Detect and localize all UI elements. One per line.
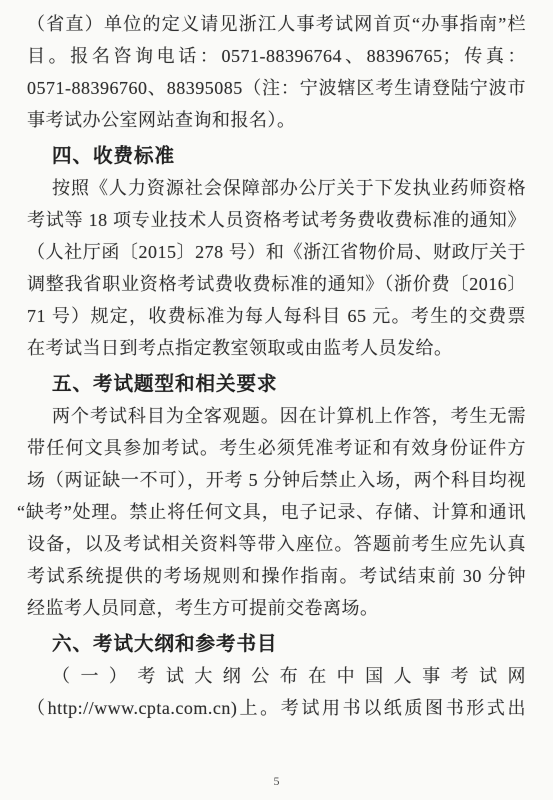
- text-line: 目。报名咨询电话：0571-88396764、88396765；传真：: [27, 40, 526, 72]
- paragraph-question-types: 两个考试科目为全客观题。因在计算机上作答，考生无需携 带任何文具参加考试。考生必…: [27, 400, 526, 624]
- text-line: 带任何文具参加考试。考生必须凭准考证和有效身份证件方可入: [27, 432, 526, 464]
- text-line: 0571-88396760、88395085（注：宁波辖区考生请登陆宁波市人: [27, 72, 526, 104]
- paragraph-syllabus: （一）考试大纲公布在中国人事考试网 （http://www.cpta.com.c…: [27, 660, 526, 724]
- text-line: 按照《人力资源社会保障部办公厅关于下发执业药师资格: [27, 172, 526, 204]
- text-line: 71 号）规定，收费标准为每人每科目 65 元。考生的交费票据，: [27, 300, 526, 332]
- text-line: （http://www.cpta.com.cn)上。考试用书以纸质图书形式出版，: [27, 692, 526, 724]
- page-number: 5: [0, 774, 553, 789]
- text-line: 设备，以及考试相关资料等带入座位。答题前考生应先认真阅读: [27, 528, 526, 560]
- text-line: 事考试办公室网站查询和报名）。: [27, 104, 526, 136]
- section-heading-syllabus: 六、考试大纲和参考书目: [27, 628, 526, 660]
- text-line: 调整我省职业资格考试费收费标准的通知》（浙价费〔2016〕: [27, 268, 526, 300]
- text-line: 经监考人员同意，考生方可提前交卷离场。: [27, 592, 526, 624]
- section-heading-question-types: 五、考试题型和相关要求: [27, 368, 526, 400]
- text-line: 在考试当日到考点指定教室领取或由监考人员发给。: [27, 332, 526, 364]
- section-heading-fees: 四、收费标准: [27, 140, 526, 172]
- text-line: 两个考试科目为全客观题。因在计算机上作答，考生无需携: [27, 400, 526, 432]
- text-line: 考试等 18 项专业技术人员资格考试考务费收费标准的通知》: [27, 204, 526, 236]
- text-line: 场（两证缺一不可），开考 5 分钟后禁止入场，两个科目均视作: [27, 464, 526, 496]
- document-page: （省直）单位的定义请见浙江人事考试网首页“办事指南”栏 目。报名咨询电话：057…: [0, 0, 553, 800]
- text-line: （一）考试大纲公布在中国人事考试网: [27, 660, 526, 692]
- text-line: （人社厅函〔2015〕278 号）和《浙江省物价局、财政厅关于: [27, 236, 526, 268]
- text-line: （省直）单位的定义请见浙江人事考试网首页“办事指南”栏: [27, 8, 526, 40]
- paragraph-intro: （省直）单位的定义请见浙江人事考试网首页“办事指南”栏 目。报名咨询电话：057…: [27, 8, 526, 136]
- paragraph-fees: 按照《人力资源社会保障部办公厅关于下发执业药师资格 考试等 18 项专业技术人员…: [27, 172, 526, 364]
- text-line: “缺考”处理。禁止将任何文具，电子记录、存储、计算和通讯: [17, 496, 526, 528]
- text-line: 考试系统提供的考场规则和操作指南。考试结束前 30 分钟起，: [27, 560, 526, 592]
